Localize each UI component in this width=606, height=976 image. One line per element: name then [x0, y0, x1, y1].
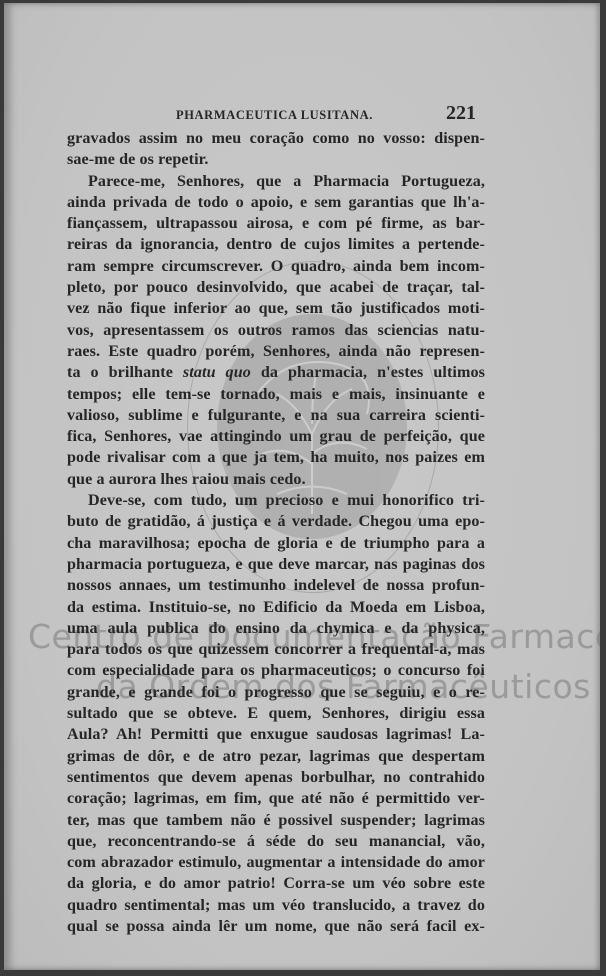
text-line: da estima. Instituio-se, no Edificio da … [67, 597, 485, 618]
body-text: gravados assim no meu coração como no vo… [67, 128, 485, 937]
text-line: reiras da ignorancia, dentro de cujos li… [67, 234, 485, 255]
text-line: que, reconcentrando-se á séde do seu man… [67, 831, 485, 852]
text-line: uma aula publica do ensino da chymica e … [67, 618, 485, 639]
text-line: para todos os que quizessem concorrer a … [67, 639, 485, 660]
text-line: coração; lagrimas, em fim, que até não é… [67, 788, 485, 809]
text-line: pleto, por pouco desinvolvido, que acabe… [67, 277, 485, 298]
text-line: pharmacia portugueza, e que deve marcar,… [67, 554, 485, 575]
text-line: raes. Este quadro porém, Senhores, ainda… [67, 341, 485, 362]
text-line: pode rivalisar com a que ja tem, ha muit… [67, 447, 485, 468]
text-line: fiançassem, ultrapassou airosa, e com pé… [67, 213, 485, 234]
text-segment: da pharmacia, n'estes ultimos [251, 364, 485, 381]
text-line: sentimentos que devem apenas borbulhar, … [67, 767, 485, 788]
text-line: ram sempre circumscrever. O quadro, aind… [67, 256, 485, 277]
text-line: valioso, sublime e fulgurante, e na sua … [67, 405, 485, 426]
text-line: grimas de dôr, e de atro pezar, lagrimas… [67, 746, 485, 767]
text-line: nossos annaes, um testimunho indelevel d… [67, 575, 485, 596]
text-line: ta o brilhante statu quo da pharmacia, n… [67, 362, 485, 383]
paragraph-start-line: Deve-se, com tudo, um precioso e mui hon… [67, 490, 485, 511]
running-title: PHARMACEUTICA LUSITANA. [176, 108, 373, 123]
italic-phrase: statu quo [183, 364, 251, 381]
book-page: Centro de Documentação Farmacêutica da O… [4, 3, 600, 970]
page-number: 221 [446, 102, 476, 125]
text-line: buto de gratidão, á justiça e á verdade.… [67, 511, 485, 532]
text-line: que a aurora lhes raiou mais cedo. [67, 469, 485, 490]
text-line: com especialidade para os pharmaceuticos… [67, 660, 485, 681]
text-line: gravados assim no meu coração como no vo… [67, 128, 485, 149]
text-line: sultado que se obteve. E quem, Senhores,… [67, 703, 485, 724]
text-line: grande, e grande foi o progresso que se … [67, 682, 485, 703]
text-line: com abrazador estimulo, augmentar a inte… [67, 852, 485, 873]
text-line: qual se possa ainda lêr um nome, que não… [67, 916, 485, 937]
text-line: vos, apresentassem os outros ramos das s… [67, 320, 485, 341]
text-line: fica, Senhores, vae attingindo um grau d… [67, 426, 485, 447]
text-line: da gloria, e do amor patrio! Corra-se um… [67, 873, 485, 894]
text-line: cha maravilhosa; epocha de gloria e de t… [67, 533, 485, 554]
paragraph-start-line: Parece-me, Senhores, que a Pharmacia Por… [67, 171, 485, 192]
text-line: quadro sentimental; mas um véo transluci… [67, 895, 485, 916]
text-line: ter, mas que tambem não é possivel suspe… [67, 810, 485, 831]
text-line: vez não fique inferior ao que, sem tão j… [67, 298, 485, 319]
text-line: Aula? Ah! Permitti que enxugue saudosas … [67, 724, 485, 745]
text-segment: ta o brilhante [67, 364, 183, 381]
text-line: tempos; elle tem-se tornado, mais e mais… [67, 384, 485, 405]
text-line: sae-me de os repetir. [67, 149, 485, 170]
page-header: PHARMACEUTICA LUSITANA. 221 [176, 102, 476, 126]
text-line: ainda privada de todo o apoio, e sem gar… [67, 192, 485, 213]
